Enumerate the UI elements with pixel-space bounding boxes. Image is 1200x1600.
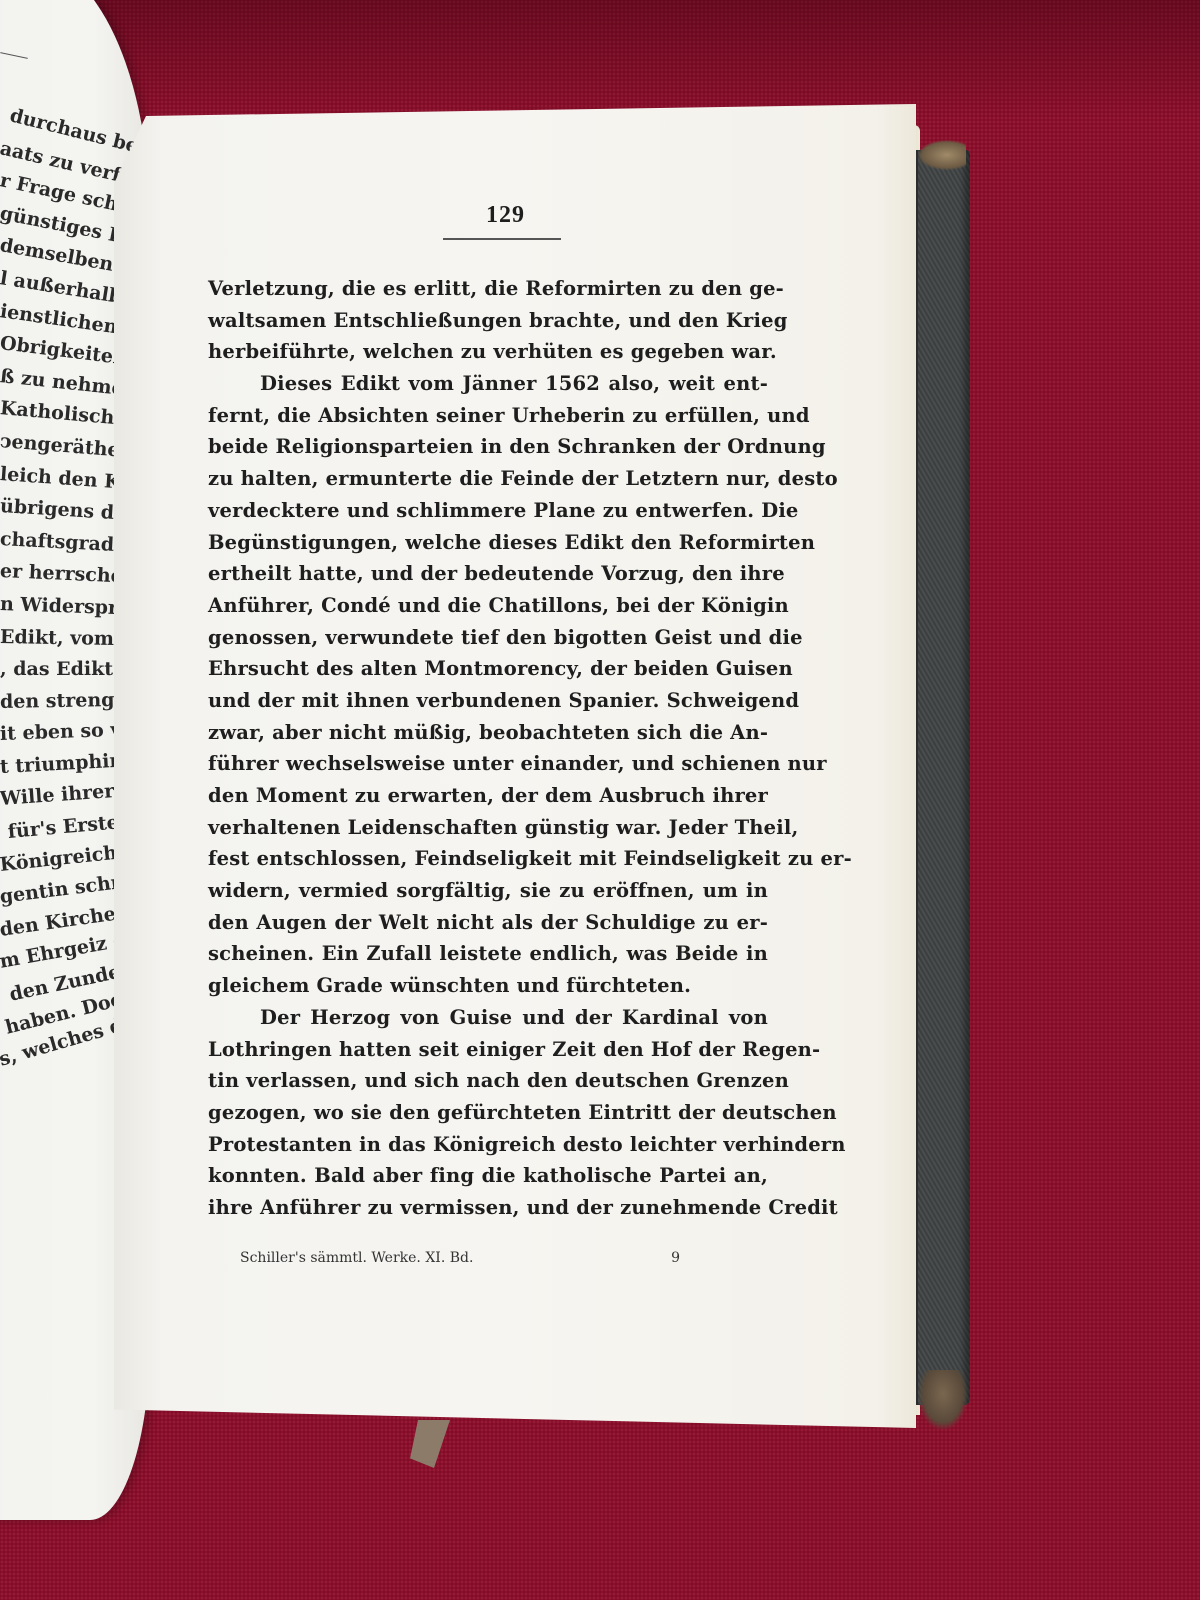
text-line: fernt, die Absichten seiner Urheberin zu… (208, 400, 768, 432)
text-line: und der mit ihnen verbundenen Spanier. S… (208, 685, 768, 717)
text-line: führer wechselsweise unter einander, und… (208, 748, 768, 780)
book-spine (915, 150, 970, 1405)
text-line: scheinen. Ein Zufall leistete endlich, w… (208, 938, 768, 970)
header-rule (443, 238, 561, 240)
text-line: zu halten, ermunterte die Feinde der Let… (208, 463, 768, 495)
right-page-content: 129 Verletzung, die es erlitt, die Refor… (208, 200, 768, 1224)
page-footer: Schiller's sämmtl. Werke. XI. Bd. 9 (240, 1250, 680, 1266)
text-line: verdecktere und schlimmere Plane zu entw… (208, 495, 768, 527)
body-text: Verletzung, die es erlitt, die Reformirt… (208, 273, 768, 1224)
text-line: Protestanten in das Königreich desto lei… (208, 1129, 768, 1161)
text-line: genossen, verwundete tief den bigotten G… (208, 622, 768, 654)
text-line: Verletzung, die es erlitt, die Reformirt… (208, 273, 768, 305)
text-line: Ehrsucht des alten Montmorency, der beid… (208, 653, 768, 685)
text-line: herbeiführte, welchen zu verhüten es geg… (208, 336, 768, 368)
left-page-header-rule (0, 52, 28, 59)
text-line: ihre Anführer zu vermissen, und der zune… (208, 1192, 768, 1224)
text-line: Lothringen hatten seit einiger Zeit den … (208, 1034, 768, 1066)
text-line: beide Religionsparteien in den Schranken… (208, 431, 768, 463)
text-line: Anführer, Condé und die Chatillons, bei … (208, 590, 768, 622)
text-line: widern, vermied sorgfältig, sie zu eröff… (208, 875, 768, 907)
spine-wear-bottom (918, 1370, 968, 1430)
text-line: gleichem Grade wünschten und fürchteten. (208, 970, 768, 1002)
bookmark-ribbon (410, 1420, 450, 1468)
text-line: konnten. Bald aber fing die katholische … (208, 1160, 768, 1192)
background-shadow (0, 0, 1200, 120)
text-line: den Moment zu erwarten, der dem Ausbruch… (208, 780, 768, 812)
text-line: Der Herzog von Guise und der Kardinal vo… (208, 1002, 768, 1034)
text-line: waltsamen Entschließungen brachte, und d… (208, 305, 768, 337)
text-line: fest entschlossen, Feindseligkeit mit Fe… (208, 843, 768, 875)
text-line: gezogen, wo sie den gefürchteten Eintrit… (208, 1097, 768, 1129)
signature-mark: 9 (671, 1250, 680, 1266)
page-number: 129 (243, 200, 768, 230)
text-line: zwar, aber nicht müßig, beobachteten sic… (208, 717, 768, 749)
signature-line: Schiller's sämmtl. Werke. XI. Bd. (240, 1250, 473, 1266)
text-line: Dieses Edikt vom Jänner 1562 also, weit … (208, 368, 768, 400)
text-line: Begünstigungen, welche dieses Edikt den … (208, 527, 768, 559)
spine-wear-top (918, 140, 966, 170)
text-line: tin verlassen, und sich nach den deutsch… (208, 1065, 768, 1097)
text-line: verhaltenen Leidenschaften günstig war. … (208, 812, 768, 844)
text-line: ertheilt hatte, und der bedeutende Vorzu… (208, 558, 768, 590)
text-line: den Augen der Welt nicht als der Schuldi… (208, 907, 768, 939)
